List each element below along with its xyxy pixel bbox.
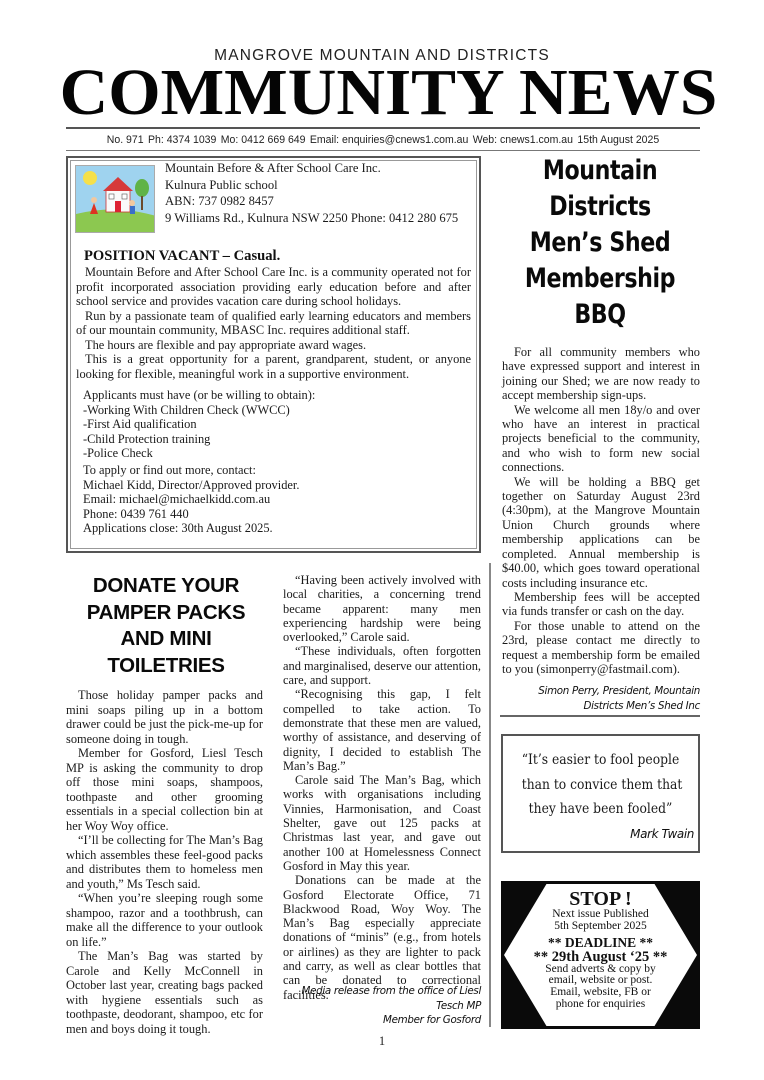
article-paragraph: Membership fees will be accepted via fun…: [502, 590, 700, 619]
article-paragraph: “These individuals, often forgotten and …: [283, 644, 481, 687]
donate-signature: Media release from the office of Liesl T…: [283, 984, 481, 1028]
article-paragraph: “I’ll be collecting for The Man’s Bag wh…: [66, 833, 263, 891]
contact-phone: Phone: 0439 761 440: [83, 507, 299, 522]
stop-title: STOP !: [501, 889, 700, 909]
issue-number: No. 971: [107, 134, 144, 146]
article-paragraph: We will be holding a BBQ get together on…: [502, 475, 700, 590]
right-column-divider: [500, 715, 700, 717]
ad-org-name: Mountain Before & After School Care Inc.: [165, 160, 458, 177]
requirement-item: -Police Check: [83, 446, 315, 461]
page-number: 1: [0, 1034, 764, 1049]
signature-line: Tesch MP: [283, 999, 481, 1014]
contact-name: Michael Kidd, Director/Approved provider…: [83, 478, 299, 493]
requirement-item: -Working With Children Check (WWCC): [83, 403, 315, 418]
quote-line: “It’s easier to fool people: [522, 748, 680, 773]
next-issue-date: 5th September 2025: [501, 921, 700, 933]
article-paragraph: “Recognising this gap, I felt compelled …: [283, 687, 481, 773]
ad-body: Mountain Before and After School Care In…: [76, 265, 471, 381]
article-paragraph: Donations can be made at the Gosford Ele…: [283, 873, 481, 1002]
mens-shed-signature: Simon Perry, President, Mountain Distric…: [500, 684, 700, 713]
ad-paragraph: This is a great opportunity for a parent…: [76, 352, 471, 381]
headline-line: BBQ: [518, 297, 682, 333]
article-paragraph: We welcome all men 18y/o and over who ha…: [502, 403, 700, 475]
ad-contact: To apply or find out more, contact: Mich…: [83, 463, 299, 536]
requirements-intro: Applicants must have (or be willing to o…: [83, 388, 315, 403]
headline-line: Membership: [518, 261, 682, 297]
signature-line: Simon Perry, President, Mountain: [500, 684, 700, 699]
article-paragraph: Member for Gosford, Liesl Tesch MP is as…: [66, 746, 263, 833]
article-paragraph: For all community members who have expre…: [502, 345, 700, 403]
article-paragraph: Those holiday pamper packs and mini soap…: [66, 688, 263, 746]
contact-email: Email: michael@michaelkidd.com.au: [83, 492, 299, 507]
donate-headline: DONATE YOUR PAMPER PACKS AND MINI TOILET…: [66, 573, 266, 679]
stop-info-line: phone for enquiries: [501, 999, 700, 1011]
donate-article-middle-column: “Having been actively involved with loca…: [283, 573, 481, 1002]
website: Web: cnews1.com.au: [473, 134, 573, 146]
mobile-number: Mo: 0412 669 649: [221, 134, 306, 146]
child-drawing-house-logo-icon: [75, 165, 155, 233]
headline-line: DONATE YOUR: [66, 573, 266, 600]
quote-author: Mark Twain: [630, 827, 694, 841]
ad-org-abn: ABN: 737 0982 8457: [165, 193, 458, 210]
deadline-date: ** 29th August ‘25 **: [501, 950, 700, 964]
contact-intro: To apply or find out more, contact:: [83, 463, 299, 478]
ad-paragraph: Mountain Before and After School Care In…: [76, 265, 471, 309]
ad-paragraph: The hours are flexible and pay appropria…: [76, 338, 471, 353]
quote-text: “It’s easier to fool people than to conv…: [522, 748, 680, 822]
headline-line: PAMPER PACKS: [66, 600, 266, 627]
article-paragraph: “Having been actively involved with loca…: [283, 573, 481, 644]
headline-line: Districts: [518, 189, 682, 225]
article-paragraph: Carole said The Man’s Bag, which works w…: [283, 773, 481, 873]
headline-line: TOILETRIES: [66, 653, 266, 680]
position-vacant-ad: Mountain Before & After School Care Inc.…: [66, 156, 481, 553]
signature-line: Media release from the office of Liesl: [283, 984, 481, 999]
column-divider-vertical: [489, 563, 491, 1027]
phone-number: Ph: 4374 1039: [148, 134, 216, 146]
stop-content: STOP ! Next issue Published 5th Septembe…: [501, 889, 700, 1011]
masthead-rule-bottom: [66, 150, 700, 151]
masthead-info-bar: No. 971 Ph: 4374 1039 Mo: 0412 669 649 E…: [88, 131, 678, 149]
article-paragraph: The Man’s Bag was started by Carole and …: [66, 949, 263, 1036]
stop-deadline-box: STOP ! Next issue Published 5th Septembe…: [501, 881, 700, 1029]
masthead-title: COMMUNITY NEWS: [60, 60, 707, 126]
mens-shed-headline: Mountain Districts Men’s Shed Membership…: [518, 153, 682, 333]
ad-org-address: 9 Williams Rd., Kulnura NSW 2250 Phone: …: [165, 210, 458, 227]
ad-organization-details: Mountain Before & After School Care Inc.…: [165, 160, 458, 226]
signature-line: Districts Men’s Shed Inc: [500, 699, 700, 714]
signature-line: Member for Gosford: [283, 1013, 481, 1028]
deadline-label: ** DEADLINE **: [501, 935, 700, 950]
headline-line: Men’s Shed: [518, 225, 682, 261]
ad-org-school: Kulnura Public school: [165, 177, 458, 194]
ad-heading: POSITION VACANT – Casual.: [84, 248, 280, 265]
issue-date: 15th August 2025: [577, 134, 659, 146]
ad-requirements: Applicants must have (or be willing to o…: [83, 388, 315, 461]
mens-shed-article-body: For all community members who have expre…: [502, 345, 700, 676]
article-paragraph: For those unable to attend on the 23rd, …: [502, 619, 700, 677]
article-paragraph: “When you’re sleeping rough some shampoo…: [66, 891, 263, 949]
quote-line: they have been fooled”: [522, 797, 680, 822]
masthead-rule-top: [66, 127, 700, 129]
headline-line: Mountain: [518, 153, 682, 189]
headline-line: AND MINI: [66, 626, 266, 653]
requirement-item: -Child Protection training: [83, 432, 315, 447]
email-address: Email: enquiries@cnews1.com.au: [310, 134, 468, 146]
ad-paragraph: Run by a passionate team of qualified ea…: [76, 309, 471, 338]
donate-article-left-column: Those holiday pamper packs and mini soap…: [66, 688, 263, 1036]
requirement-item: -First Aid qualification: [83, 417, 315, 432]
quote-box: “It’s easier to fool people than to conv…: [501, 734, 700, 853]
applications-close: Applications close: 30th August 2025.: [83, 521, 299, 536]
quote-line: than to convice them that: [522, 773, 680, 798]
